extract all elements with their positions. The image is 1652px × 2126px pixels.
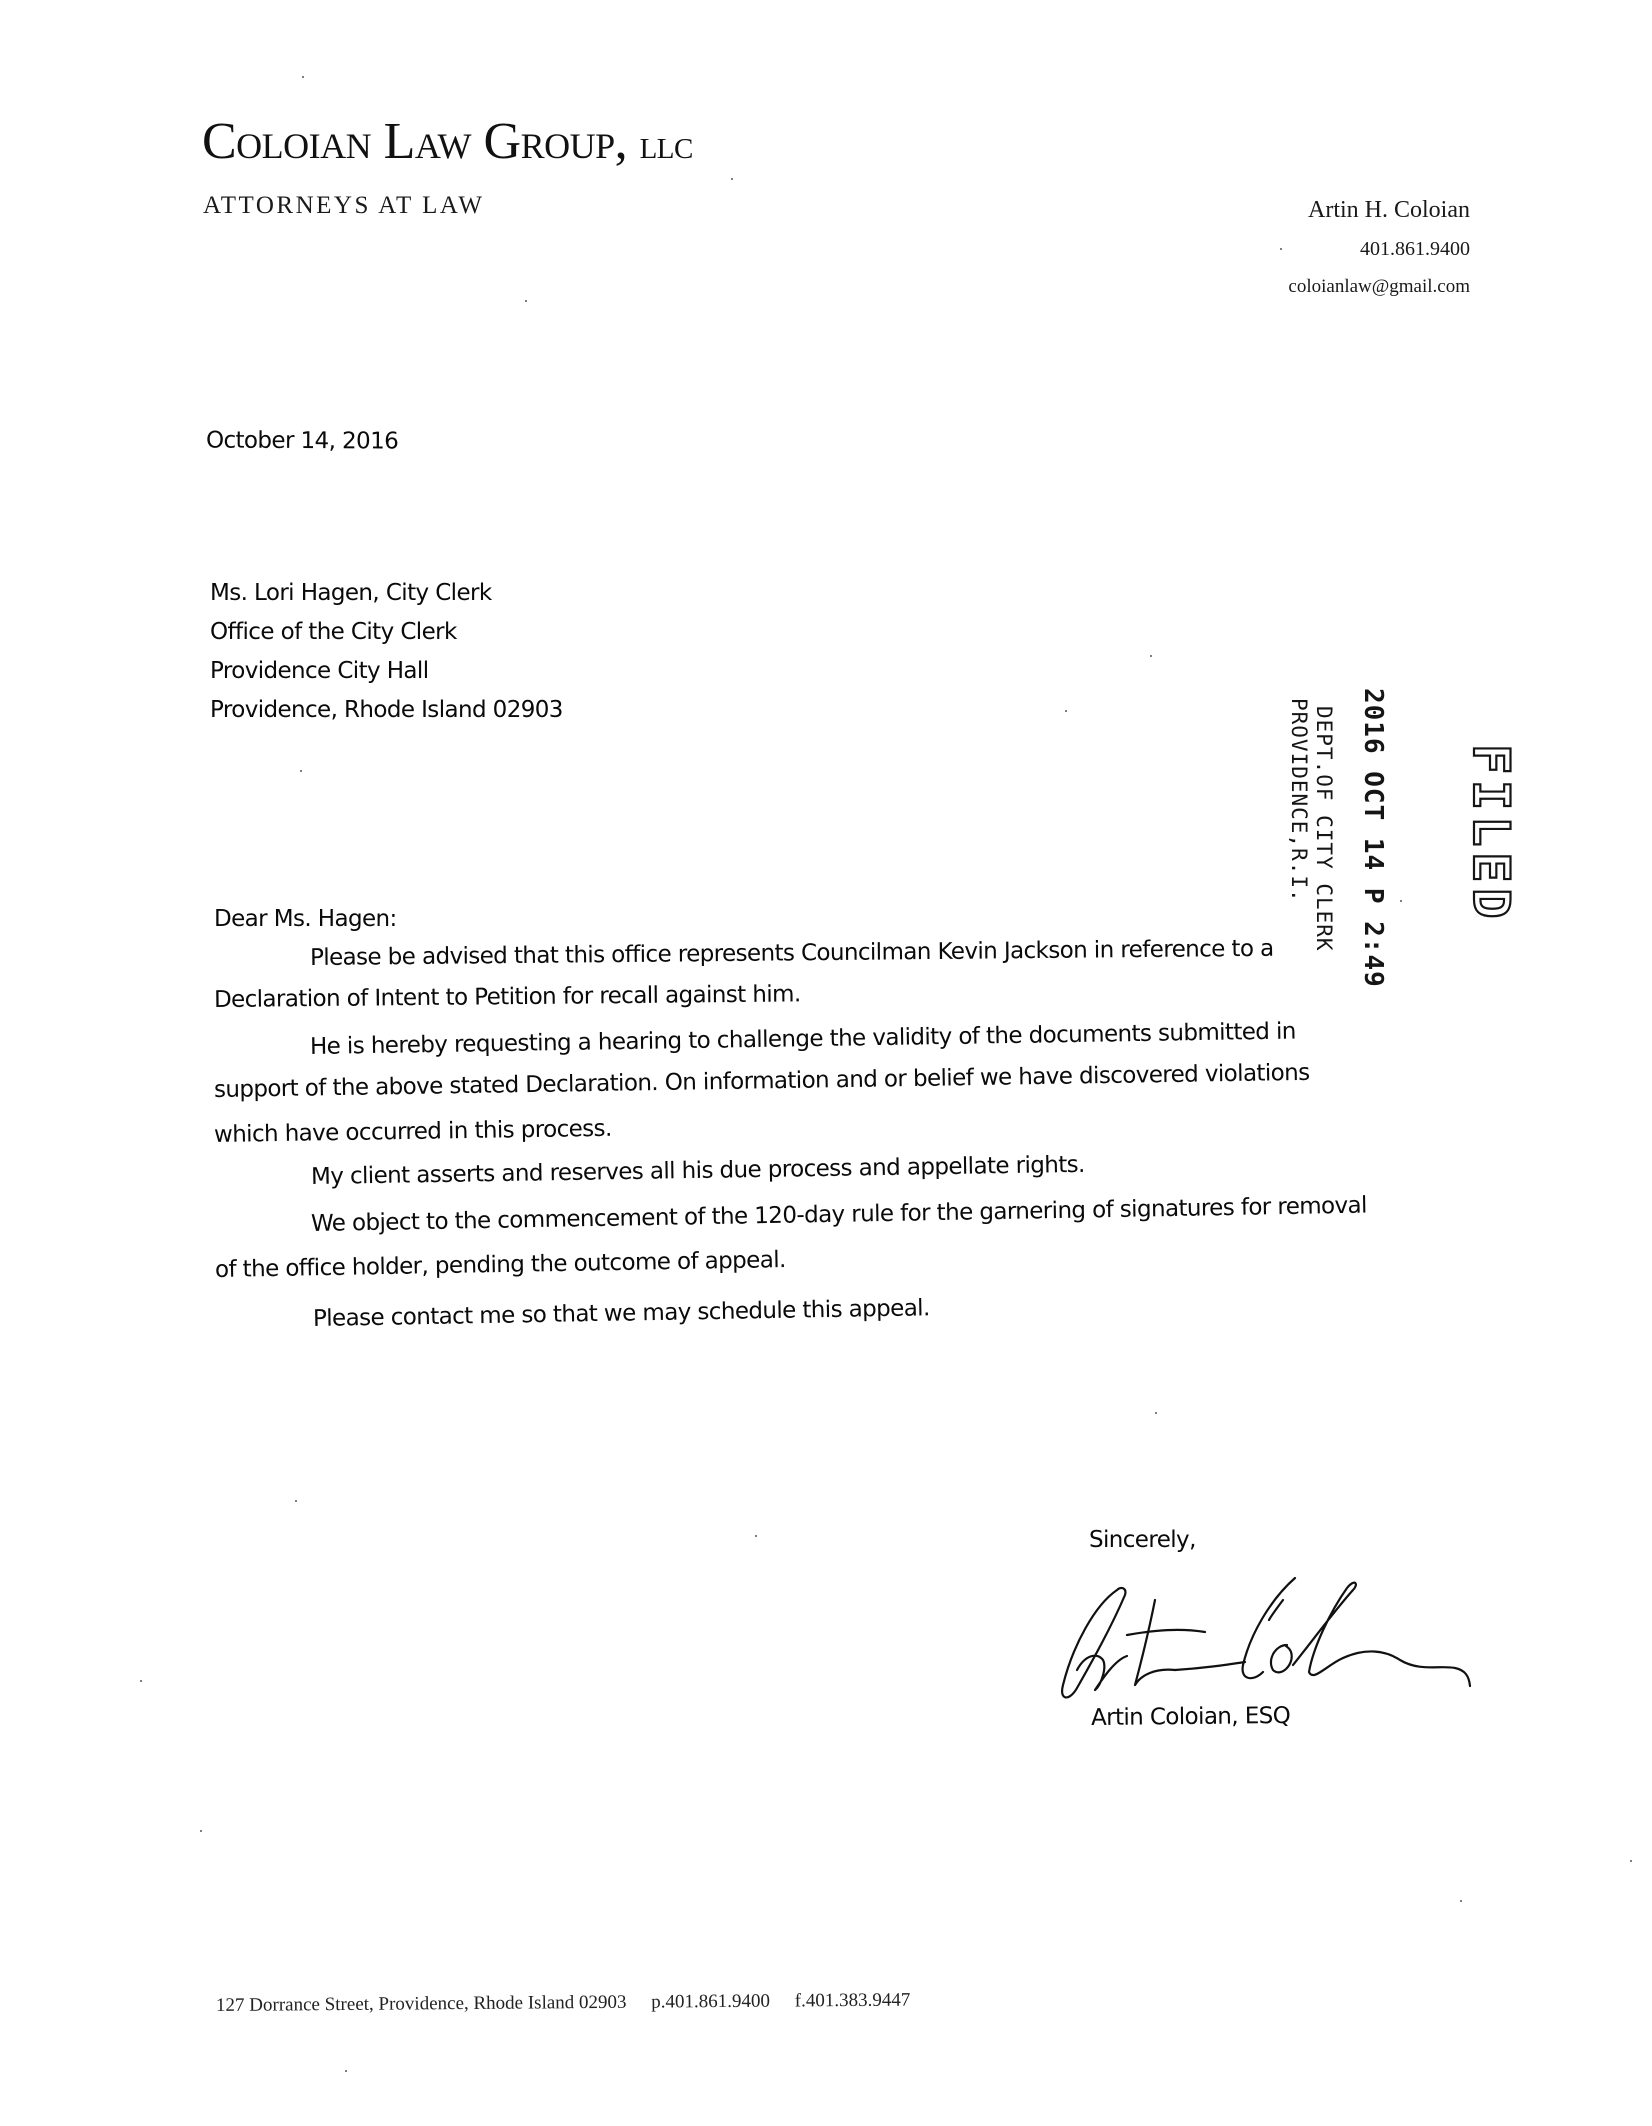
- scan-speck: [755, 1535, 757, 1537]
- paragraph-line: We object to the commencement of the 120…: [311, 1193, 1367, 1237]
- stamp-city: PROVIDENCE,R.I.: [1287, 698, 1311, 903]
- recipient-line: Providence City Hall: [210, 658, 428, 684]
- firm-name-main: Coloian Law Group,: [202, 113, 627, 170]
- stamp-filed-label: FILED: [1462, 744, 1520, 925]
- recipient-line: Providence, Rhode Island 02903: [210, 697, 563, 723]
- firm-name-suffix: llc: [640, 122, 693, 168]
- recipient-line: Ms. Lori Hagen, City Clerk: [210, 580, 492, 606]
- paragraph-line: support of the above stated Declaration.…: [214, 1060, 1310, 1103]
- footer: 127 Dorrance Street, Providence, Rhode I…: [216, 1990, 910, 2017]
- paragraph-line: Declaration of Intent to Petition for re…: [214, 981, 801, 1013]
- paragraph-line: which have occurred in this process.: [214, 1116, 612, 1148]
- letter-date: October 14, 2016: [206, 427, 398, 454]
- scan-speck: [525, 300, 527, 302]
- firm-name: Coloian Law Group, llc: [202, 112, 693, 171]
- paragraph-line: Please contact me so that we may schedul…: [313, 1295, 930, 1332]
- letter-page: Coloian Law Group, llc ATTORNEYS AT LAW …: [0, 0, 1652, 2126]
- paragraph-line: of the office holder, pending the outcom…: [215, 1247, 786, 1283]
- recipient-line: Office of the City Clerk: [210, 619, 457, 645]
- scan-speck: [345, 2070, 347, 2072]
- signer-name: Artin Coloian, ESQ: [1091, 1703, 1290, 1731]
- scan-speck: [1630, 1860, 1632, 1862]
- scan-speck: [300, 770, 302, 772]
- contact-email: coloianlaw@gmail.com: [1288, 276, 1470, 298]
- contact-name: Artin H. Coloian: [1308, 197, 1470, 224]
- footer-address: 127 Dorrance Street, Providence, Rhode I…: [216, 1992, 627, 2016]
- stamp-timestamp: 2016 OCT 14 P 2:49: [1358, 688, 1388, 988]
- scan-speck: [140, 1680, 142, 1682]
- scan-speck: [1400, 900, 1402, 902]
- filed-stamp: 2016 OCT 14 P 2:49 DEPT.OF CITY CLERK PR…: [1240, 688, 1470, 1008]
- scan-speck: [295, 1500, 297, 1502]
- scan-speck: [1155, 1412, 1157, 1414]
- signature-image: [1055, 1560, 1495, 1710]
- scan-speck: [302, 76, 304, 78]
- scan-speck: [200, 1830, 202, 1832]
- footer-phone: p.401.861.9400: [651, 1991, 770, 2013]
- footer-fax: f.401.383.9447: [795, 1990, 911, 2012]
- scan-speck: [1280, 248, 1282, 250]
- paragraph-line: My client asserts and reserves all his d…: [311, 1152, 1085, 1190]
- paragraph-line: He is hereby requesting a hearing to cha…: [310, 1019, 1296, 1060]
- firm-tagline: ATTORNEYS AT LAW: [203, 192, 485, 220]
- closing: Sincerely,: [1089, 1527, 1196, 1553]
- stamp-department: DEPT.OF CITY CLERK: [1312, 706, 1336, 952]
- paragraph-line: Please be advised that this office repre…: [310, 936, 1274, 971]
- scan-speck: [1150, 655, 1152, 657]
- scan-speck: [1065, 710, 1067, 712]
- contact-phone: 401.861.9400: [1360, 238, 1470, 261]
- scan-speck: [1460, 1900, 1462, 1902]
- salutation: Dear Ms. Hagen:: [214, 906, 397, 932]
- scan-speck: [731, 178, 733, 180]
